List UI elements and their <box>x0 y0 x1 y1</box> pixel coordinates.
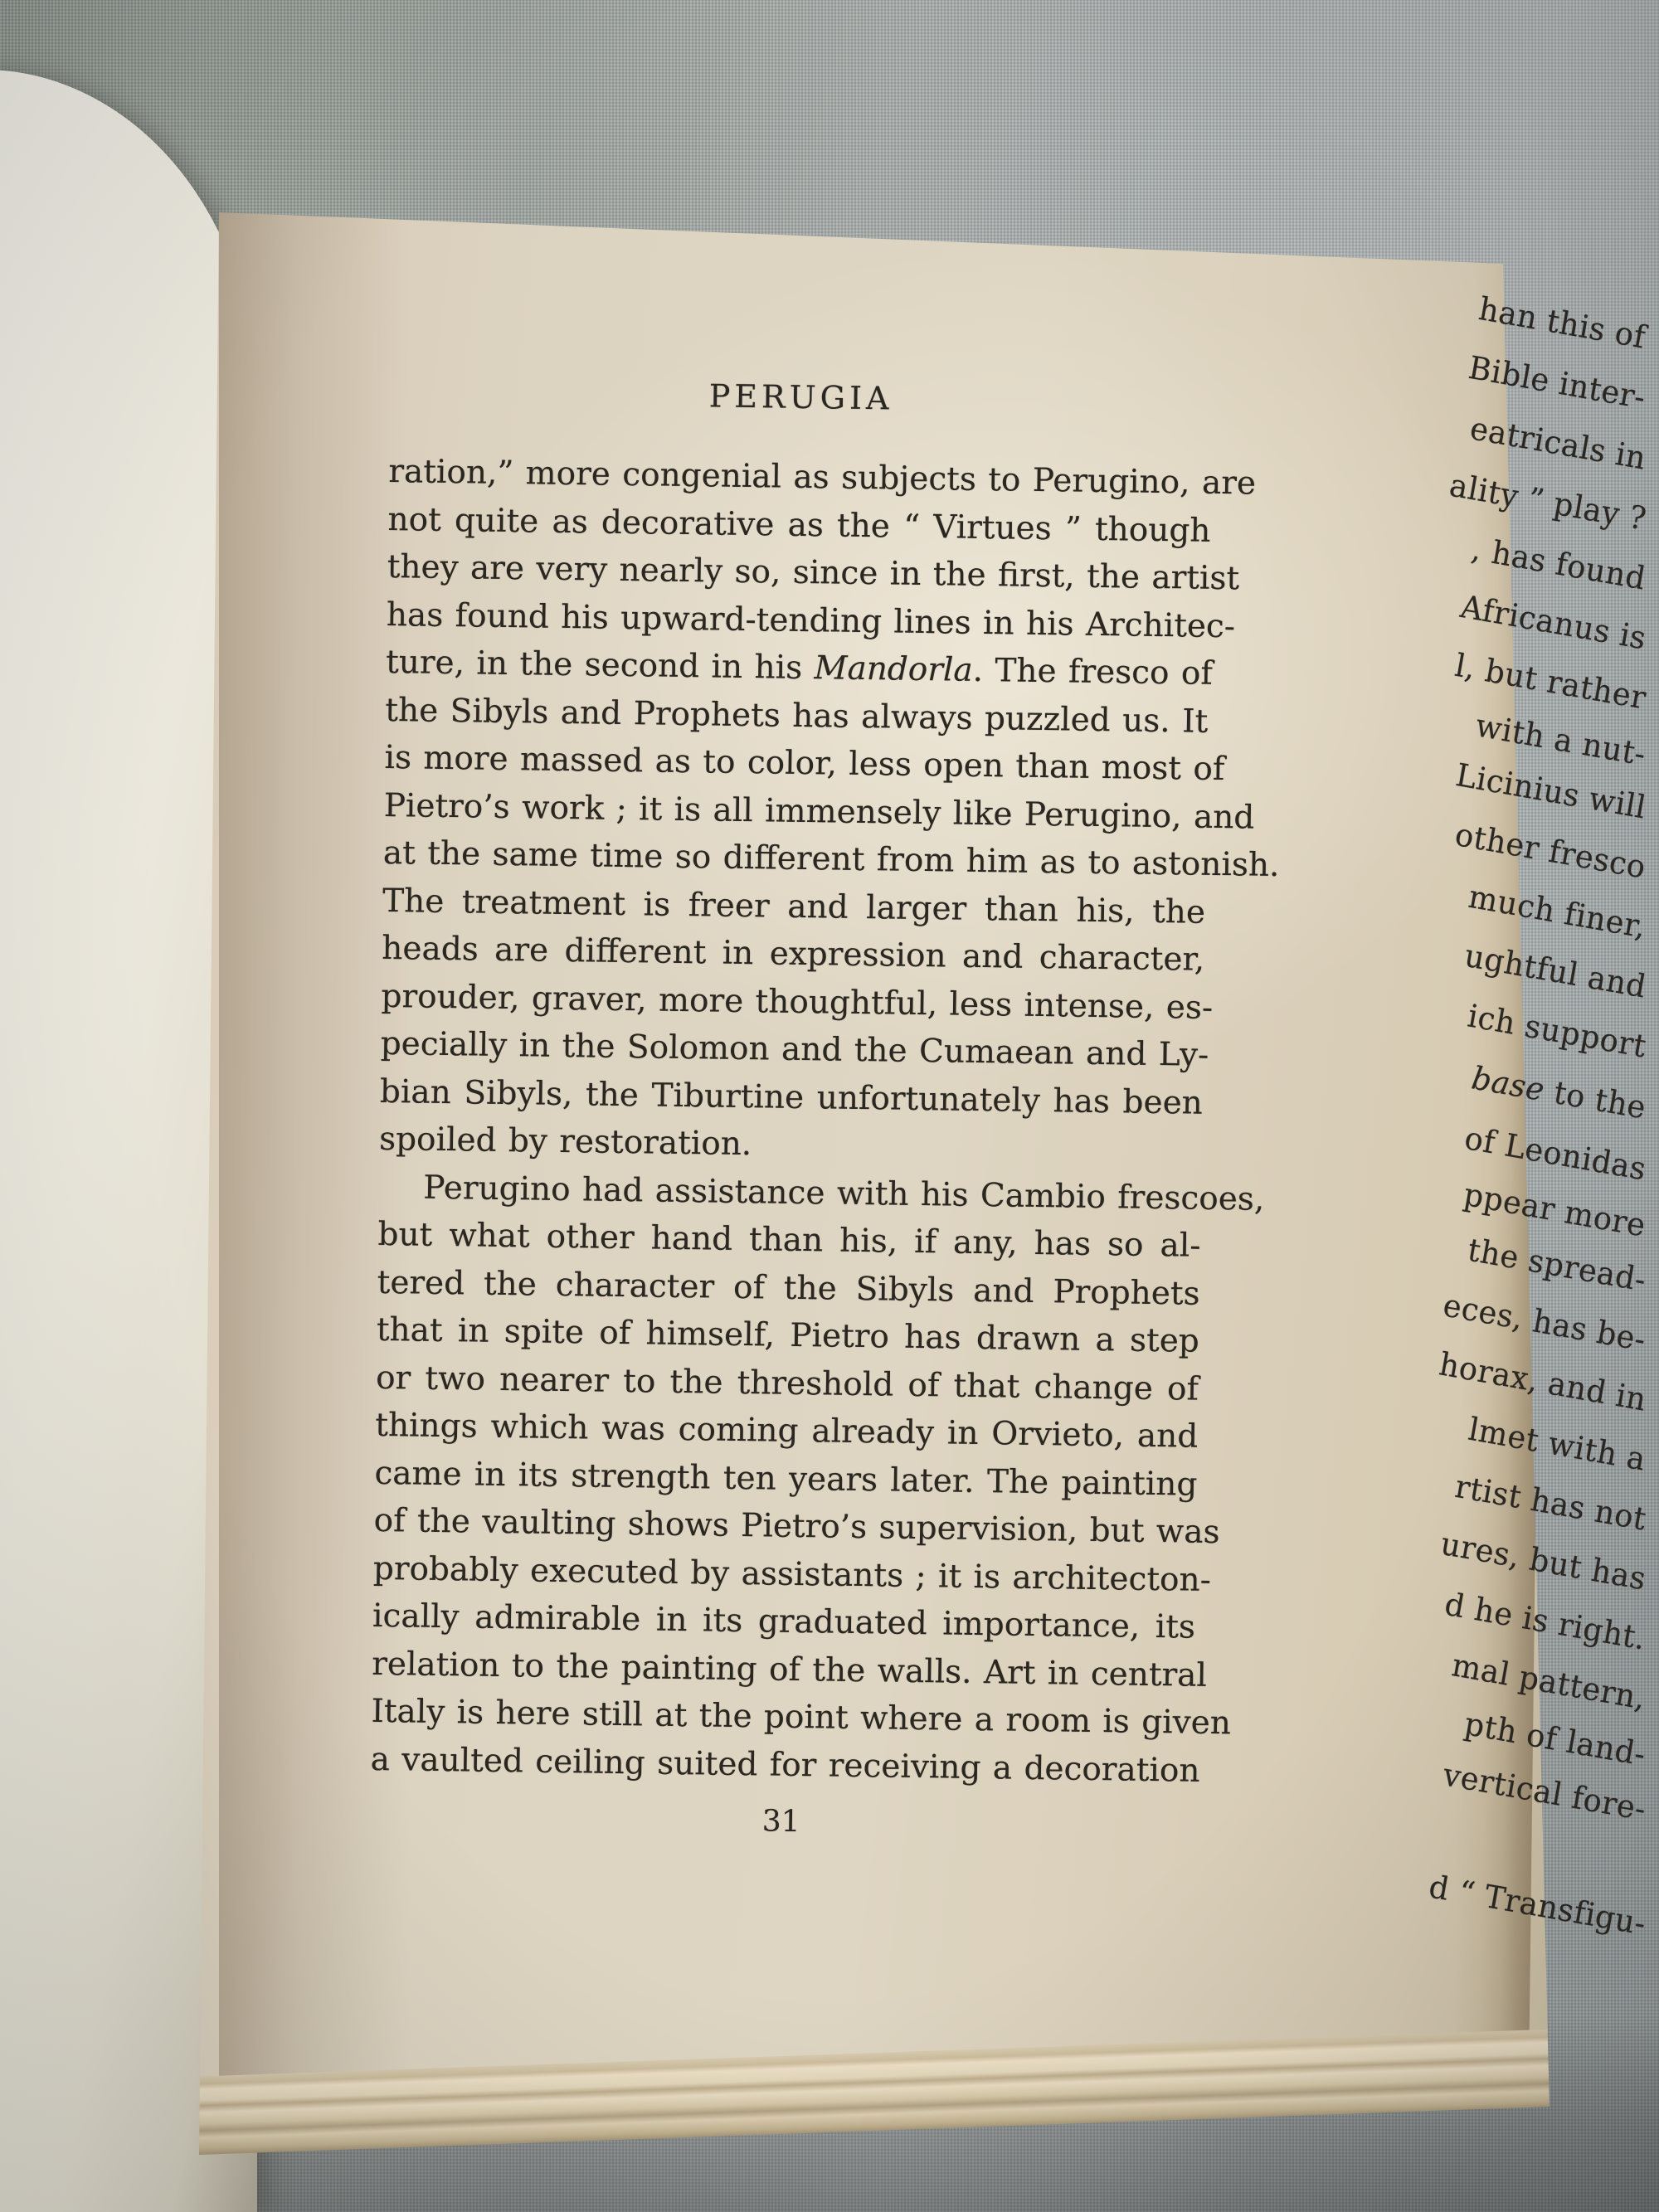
body-text: ration,” more congenial as subjects to P… <box>370 448 1211 1795</box>
right-page: PERUGIA ration,” more congenial as subje… <box>0 0 1659 2212</box>
printed-text-block: PERUGIA ration,” more congenial as subje… <box>369 375 1212 1845</box>
book-photo: PERUGIA ration,” more congenial as subje… <box>0 0 1659 2212</box>
